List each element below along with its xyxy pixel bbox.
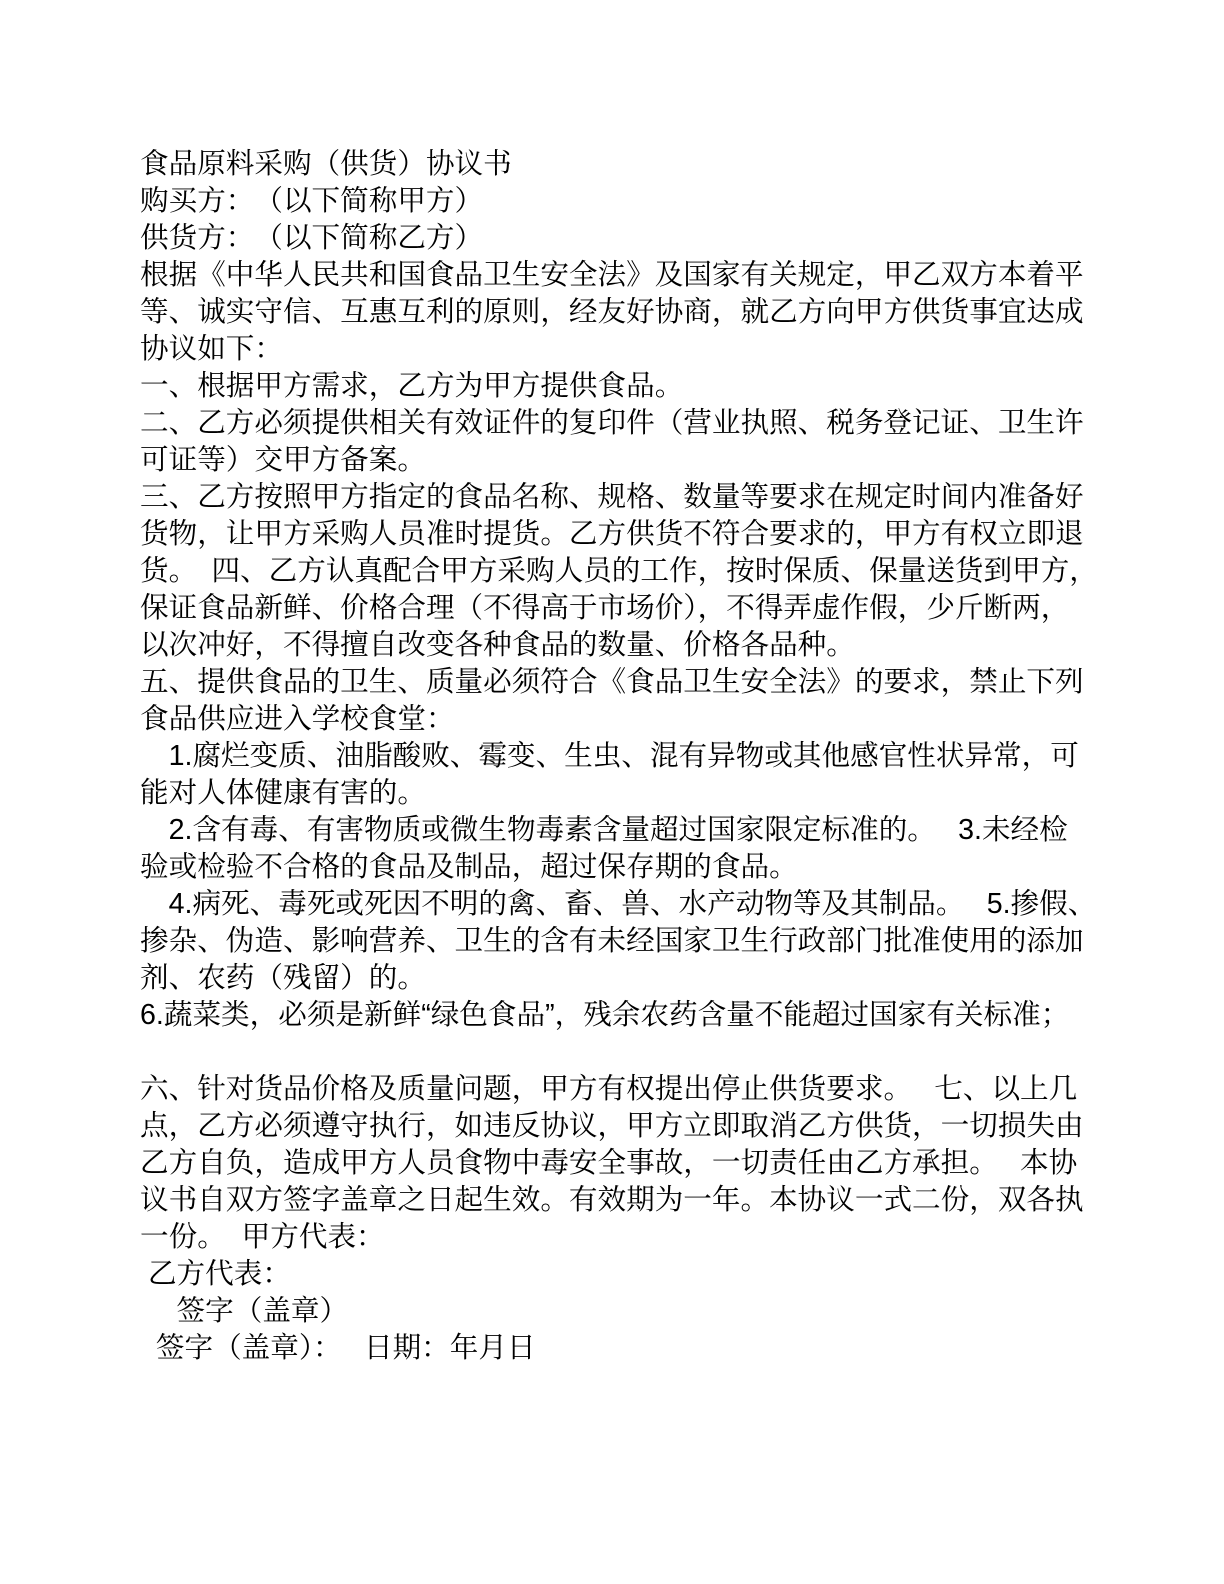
text-line: 食品供应进入学校食堂：	[140, 701, 1100, 738]
clause-5-line: 五、提供食品的卫生、质量必须符合《食品卫生安全法》的要求，禁止下列	[140, 664, 1100, 701]
signature-date-line: 签字（盖章）： 日期：年月日	[140, 1330, 1100, 1367]
text-line: 议书自双方签字盖章之日起生效。有效期为一年。本协议一式二份，双各执	[140, 1182, 1100, 1219]
item-2-3-line: 2.含有毒、有害物质或微生物毒素含量超过国家限定标准的。 3.未经检	[140, 812, 1100, 849]
clause-1-line: 一、根据甲方需求，乙方为甲方提供食品。	[140, 368, 1100, 405]
buyer-line: 购买方： （以下简称甲方）	[140, 183, 1100, 220]
clause-4-line: 货。 四、乙方认真配合甲方采购人员的工作，按时保质、保量送货到甲方，	[140, 553, 1100, 590]
party-a-representative-line: 一份。 甲方代表：	[140, 1219, 1100, 1256]
text-line: 协议如下：	[140, 331, 1100, 368]
text-line: 点，乙方必须遵守执行，如违反协议，甲方立即取消乙方供货，一切损失由	[140, 1108, 1100, 1145]
text-line: 能对人体健康有害的。	[140, 775, 1100, 812]
contract-text-block: 食品原料采购（供货）协议书 购买方： （以下简称甲方） 供货方： （以下简称乙方…	[140, 146, 1100, 1367]
text-line: 剂、农药（残留）的。	[140, 960, 1100, 997]
party-b-representative-line: 乙方代表：	[140, 1256, 1100, 1293]
clause-6-7-line: 六、针对货品价格及质量问题，甲方有权提出停止供货要求。 七、以上几	[140, 1071, 1100, 1108]
text-line: 乙方自负，造成甲方人员食物中毒安全事故，一切责任由乙方承担。 本协	[140, 1145, 1100, 1182]
supplier-line: 供货方： （以下简称乙方）	[140, 220, 1100, 257]
text-line: 可证等）交甲方备案。	[140, 442, 1100, 479]
text-line: 验或检验不合格的食品及制品，超过保存期的食品。	[140, 849, 1100, 886]
document-page: 食品原料采购（供货）协议书 购买方： （以下简称甲方） 供货方： （以下简称乙方…	[0, 0, 1224, 1584]
text-line: 以次冲好，不得擅自改变各种食品的数量、价格各品种。	[140, 627, 1100, 664]
text-line: 掺杂、伪造、影响营养、卫生的含有未经国家卫生行政部门批准使用的添加	[140, 923, 1100, 960]
clause-3-line: 三、乙方按照甲方指定的食品名称、规格、数量等要求在规定时间内准备好	[140, 479, 1100, 516]
text-line: 保证食品新鲜、价格合理（不得高于市场价），不得弄虚作假，少斤断两，	[140, 590, 1100, 627]
document-title: 食品原料采购（供货）协议书	[140, 146, 1100, 183]
text-line: 等、诚实守信、互惠互利的原则，经友好协商，就乙方向甲方供货事宜达成	[140, 294, 1100, 331]
blank-line	[140, 1034, 1100, 1071]
text-line: 根据《中华人民共和国食品卫生安全法》及国家有关规定，甲乙双方本着平	[140, 257, 1100, 294]
item-1-line: 1.腐烂变质、油脂酸败、霉变、生虫、混有异物或其他感官性状异常，可	[140, 738, 1100, 775]
clause-2-line: 二、乙方必须提供相关有效证件的复印件（营业执照、税务登记证、卫生许	[140, 405, 1100, 442]
item-4-5-line: 4.病死、毒死或死因不明的禽、畜、兽、水产动物等及其制品。 5.掺假、	[140, 886, 1100, 923]
item-6-line: 6.蔬菜类，必须是新鲜“绿色食品”，残余农药含量不能超过国家有关标准；	[140, 997, 1100, 1034]
signature-seal-line: 签字（盖章）	[140, 1293, 1100, 1330]
text-line: 货物，让甲方采购人员准时提货。乙方供货不符合要求的，甲方有权立即退	[140, 516, 1100, 553]
